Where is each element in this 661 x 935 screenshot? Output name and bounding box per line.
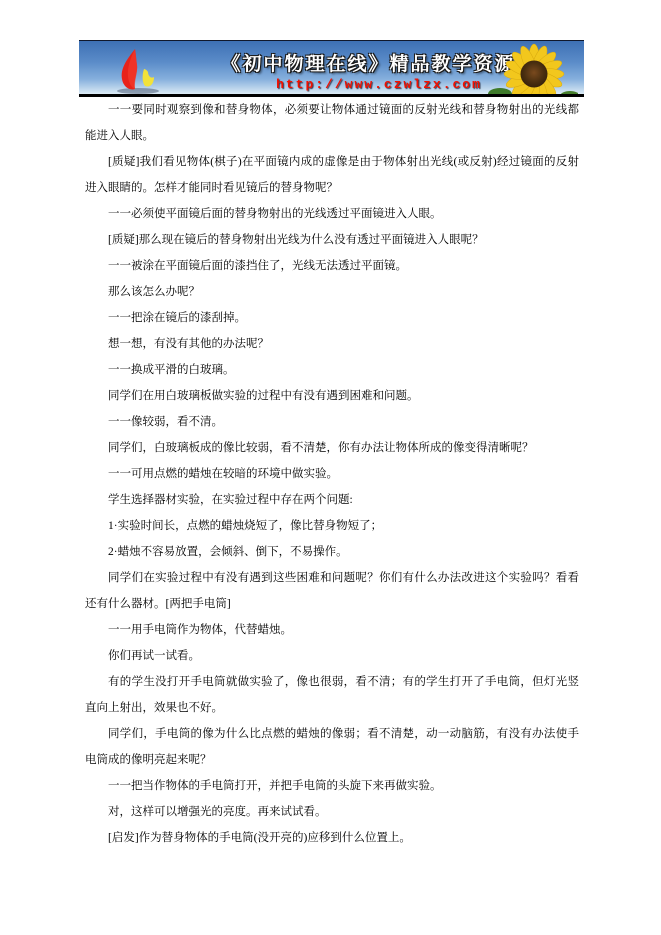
paragraph: [启发]作为替身物体的手电筒(没开亮的)应移到什么位置上。 [85, 825, 579, 851]
flame-logo-icon [111, 47, 167, 95]
paragraph: 那么该怎么办呢？ [85, 279, 579, 305]
paragraph: 同学们在实验过程中有没有遇到这些困难和问题呢？你们有什么办法改进这个实验吗？看看… [85, 565, 579, 617]
paragraph: 想一想，有没有其他的办法呢？ [85, 331, 579, 357]
paragraph: 一一要同时观察到像和替身物体，必须要让物体通过镜面的反射光线和替身物射出的光线都… [85, 97, 579, 149]
paragraph: 一一把涂在镜后的漆刮掉。 [85, 305, 579, 331]
paragraph: 一一可用点燃的蜡烛在较暗的环境中做实验。 [85, 461, 579, 487]
paragraph: 一一被涂在平面镜后面的漆挡住了，光线无法透过平面镜。 [85, 253, 579, 279]
paragraph: 你们再试一试看。 [85, 643, 579, 669]
paragraph: 2·蜡烛不容易放置，会倾斜、倒下，不易操作。 [85, 539, 579, 565]
paragraph: 一一必须使平面镜后面的替身物射出的光线透过平面镜进入人眼。 [85, 201, 579, 227]
paragraph: 一一像较弱，看不清。 [85, 409, 579, 435]
paragraph: 一一用手电筒作为物体，代替蜡烛。 [85, 617, 579, 643]
paragraph: 有的学生没打开手电筒就做实验了，像也很弱，看不清；有的学生打开了手电筒，但灯光竖… [85, 669, 579, 721]
paragraph: [质疑]我们看见物体(棋子)在平面镜内成的虚像是由于物体射出光线(或反射)经过镜… [85, 149, 579, 201]
paragraph: 一一换成平滑的白玻璃。 [85, 357, 579, 383]
paragraph: 学生选择器材实验，在实验过程中存在两个问题: [85, 487, 579, 513]
paragraph: 同学们在用白玻璃板做实验的过程中有没有遇到困难和问题。 [85, 383, 579, 409]
sunflower-icon [486, 40, 578, 97]
paragraph: 一一把当作物体的手电筒打开，并把手电筒的头旋下来再做实验。 [85, 773, 579, 799]
site-banner: 《初中物理在线》精品教学资源库 http://www.czwlzx.com [79, 40, 584, 97]
paragraph: [质疑]那么现在镜后的替身物射出光线为什么没有透过平面镜进入人眼呢？ [85, 227, 579, 253]
paragraph: 对，这样可以增强光的亮度。再来试试看。 [85, 799, 579, 825]
document-page: 《初中物理在线》精品教学资源库 http://www.czwlzx.com [0, 0, 661, 935]
document-body: 一一要同时观察到像和替身物体，必须要让物体通过镜面的反射光线和替身物射出的光线都… [85, 97, 579, 851]
paragraph: 1·实验时间长，点燃的蜡烛烧短了，像比替身物短了； [85, 513, 579, 539]
paragraph: 同学们，手电筒的像为什么比点燃的蜡烛的像弱；看不清楚，动一动脑筋，有没有办法使手… [85, 721, 579, 773]
paragraph: 同学们，白玻璃板成的像比较弱，看不清楚，你有办法让物体所成的像变得清晰呢？ [85, 435, 579, 461]
